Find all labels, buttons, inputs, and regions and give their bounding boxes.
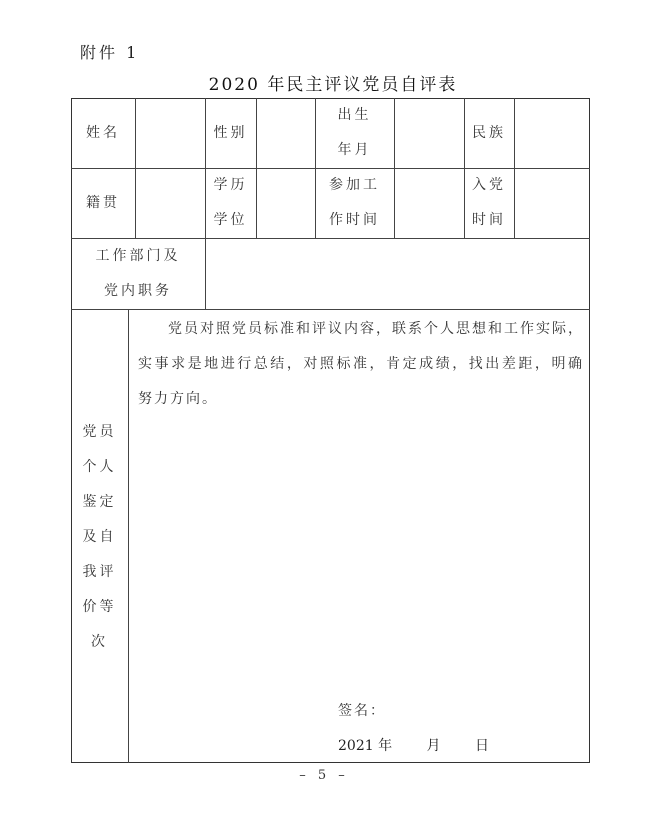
ethnicity-field[interactable]	[514, 98, 590, 168]
side-label-line: 我评	[71, 555, 128, 590]
side-label-line: 及自	[71, 520, 128, 555]
row-divider	[71, 309, 590, 310]
department-field[interactable]	[205, 238, 590, 309]
education-label: 学历 学位	[205, 168, 256, 238]
party-join-label: 入党 时间	[464, 168, 514, 238]
attachment-label: 附件 1	[80, 40, 139, 63]
education-label-line2: 学位	[214, 203, 248, 238]
party-join-label-line2: 时间	[472, 203, 506, 238]
birth-date-label-line1: 出生	[338, 98, 372, 133]
date-year: 2021 年	[338, 735, 392, 755]
work-start-field[interactable]	[394, 168, 464, 238]
education-field[interactable]	[256, 168, 315, 238]
date-day: 日	[475, 735, 489, 755]
native-place-field[interactable]	[135, 168, 205, 238]
ethnicity-label: 民族	[464, 98, 514, 168]
work-start-label: 参加工 作时间	[315, 168, 394, 238]
party-join-label-line1: 入党	[472, 168, 506, 203]
party-join-field[interactable]	[514, 168, 590, 238]
gender-field[interactable]	[256, 98, 315, 168]
side-label-line: 鉴定	[71, 485, 128, 520]
native-place-label: 籍贯	[71, 168, 135, 238]
birth-date-label: 出生 年月	[315, 98, 394, 168]
education-label-line1: 学历	[214, 168, 248, 203]
work-start-label-line2: 作时间	[329, 203, 380, 238]
side-label-line: 价等	[71, 590, 128, 625]
page-number: – 5 –	[0, 768, 648, 783]
birth-date-label-line2: 年月	[338, 133, 372, 168]
col-divider	[128, 309, 129, 763]
date-month: 月	[427, 735, 441, 755]
signature-date: 2021 年 月 日	[338, 735, 489, 755]
name-field[interactable]	[135, 98, 205, 168]
self-evaluation-instruction: 党员对照党员标准和评议内容，联系个人思想和工作实际，实事求是地进行总结，对照标准…	[138, 312, 584, 417]
side-label-line: 党员	[71, 415, 128, 450]
self-evaluation-text-area[interactable]	[130, 420, 588, 690]
name-label: 姓名	[71, 98, 135, 168]
signature-label: 签名：	[338, 700, 386, 720]
side-label-line: 个人	[71, 450, 128, 485]
work-start-label-line1: 参加工	[329, 168, 380, 203]
department-label-line2: 党内职务	[104, 274, 172, 309]
page-title: 2020 年民主评议党员自评表	[0, 70, 648, 95]
self-evaluation-side-label: 党员 个人 鉴定 及自 我评 价等 次	[71, 415, 128, 660]
birth-date-field[interactable]	[394, 98, 464, 168]
gender-label: 性别	[205, 98, 256, 168]
department-label: 工作部门及 党内职务	[71, 238, 205, 309]
side-label-line: 次	[71, 625, 128, 660]
department-label-line1: 工作部门及	[96, 239, 181, 274]
